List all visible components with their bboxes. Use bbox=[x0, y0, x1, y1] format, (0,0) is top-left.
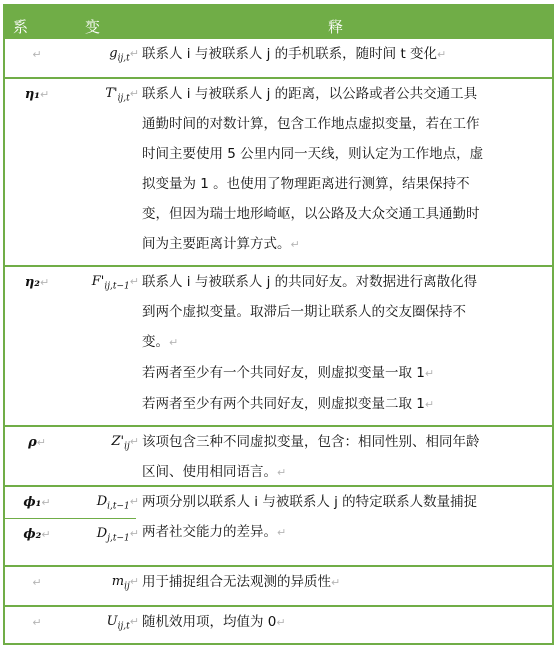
variable-cell: Dj,t−1↵ bbox=[69, 526, 139, 544]
return-mark-icon: ↵ bbox=[37, 436, 46, 449]
return-mark-icon: ↵ bbox=[277, 466, 286, 479]
sub-row-divider bbox=[5, 518, 136, 519]
variable-cell: Uij,t↵ bbox=[69, 614, 139, 632]
definition-line: 拟变量为 1 。也使用了物理距离进行测算，结果保持不 bbox=[142, 169, 547, 199]
definition-line: 通勤时间的对数计算，包含工作地点虚拟变量，若在工作 bbox=[142, 109, 547, 139]
definition-text: 若两者至少有两个共同好友，则虚拟变量二取 1 bbox=[142, 396, 425, 412]
variable-symbol: U bbox=[107, 614, 118, 629]
return-mark-icon: ↵ bbox=[276, 616, 285, 629]
variable-symbol: m bbox=[112, 574, 124, 589]
return-mark-icon: ↵ bbox=[277, 526, 286, 539]
return-mark-icon: ↵ bbox=[425, 367, 434, 380]
variable-symbol: F' bbox=[92, 274, 105, 289]
table-row: η₂↵ F'ij,t−1↵ 联系人 i 与被联系人 j 的共同好友。对数据进行离… bbox=[5, 265, 552, 425]
definition-line: 两者社交能力的差异。↵ bbox=[142, 517, 547, 548]
definition-line: 联系人 i 与被联系人 j 的手机联系，随时间 t 变化↵ bbox=[142, 39, 547, 70]
variable-cell: T'ij,t↵ bbox=[69, 86, 139, 104]
definition-cell: 联系人 i 与被联系人 j 的距离，以公路或者公共交通工具 通勤时间的对数计算，… bbox=[142, 79, 547, 260]
variable-cell: Z'ij↵ bbox=[69, 434, 139, 452]
table-row: ↵ Uij,t↵ 随机效用项，均值为 0↵ bbox=[5, 605, 552, 643]
table-row: ↵ mij↵ 用于捕捉组合无法观测的异质性↵ bbox=[5, 565, 552, 605]
return-mark-icon: ↵ bbox=[331, 576, 340, 589]
return-mark-icon: ↵ bbox=[130, 47, 139, 60]
definition-cell: 该项包含三种不同虚拟变量，包含：相同性别、相同年龄 区间、使用相同语言。↵ bbox=[142, 427, 547, 488]
variable-cell: gij,t↵ bbox=[69, 46, 139, 64]
variable-subscript: i,t−1 bbox=[107, 502, 130, 512]
definition-line: 时间主要使用 5 公里内同一天线，则认定为工作地点，虚 bbox=[142, 139, 547, 169]
coefficient-cell: ρ↵ bbox=[5, 435, 69, 450]
coefficient-cell: ↵ bbox=[5, 615, 69, 630]
definition-cell: 联系人 i 与被联系人 j 的共同好友。对数据进行离散化得 到两个虚拟变量。取滞… bbox=[142, 267, 547, 420]
coefficient: ρ bbox=[28, 435, 37, 450]
definition-text: 随机效用项，均值为 0 bbox=[142, 614, 276, 630]
definition-text: 两者社交能力的差异。 bbox=[142, 524, 277, 540]
definition-line: 联系人 i 与被联系人 j 的共同好友。对数据进行离散化得 bbox=[142, 267, 547, 297]
definition-cell: 用于捕捉组合无法观测的异质性↵ bbox=[142, 567, 547, 598]
definition-cell: 联系人 i 与被联系人 j 的手机联系，随时间 t 变化↵ bbox=[142, 39, 547, 70]
definition-line: 区间、使用相同语言。↵ bbox=[142, 457, 547, 488]
variable-definition-table: 系数↵ 变量↵ 释义↵ ↵ gij,t↵ 联系人 i 与被联系人 j 的手机联系… bbox=[3, 4, 554, 645]
return-mark-icon: ↵ bbox=[40, 276, 49, 289]
definition-text: 间为主要距离计算方式。 bbox=[142, 236, 291, 252]
definition-text: 用于捕捉组合无法观测的异质性 bbox=[142, 574, 331, 590]
definition-text: 变。 bbox=[142, 334, 169, 350]
coefficient-cell: ↵ bbox=[5, 575, 69, 590]
coefficient: ϕ₂ bbox=[23, 527, 41, 542]
variable-cell: F'ij,t−1↵ bbox=[69, 274, 139, 292]
variable-subscript: j,t−1 bbox=[107, 534, 130, 544]
return-mark-icon: ↵ bbox=[32, 616, 41, 629]
coefficient-cell: η₂↵ bbox=[5, 275, 69, 290]
variable-subscript: ij,t−1 bbox=[104, 282, 129, 292]
variable-symbol: D bbox=[97, 494, 107, 509]
definition-cell: 随机效用项，均值为 0↵ bbox=[142, 607, 547, 638]
definition-line: 用于捕捉组合无法观测的异质性↵ bbox=[142, 567, 547, 598]
variable-subscript: ij,t bbox=[118, 54, 130, 64]
return-mark-icon: ↵ bbox=[32, 576, 41, 589]
coefficient-cell: ↵ bbox=[5, 47, 69, 62]
definition-line: 若两者至少有一个共同好友，则虚拟变量一取 1↵ bbox=[142, 358, 547, 389]
return-mark-icon: ↵ bbox=[32, 48, 41, 61]
variable-subscript: ij,t bbox=[118, 622, 130, 632]
return-mark-icon: ↵ bbox=[169, 336, 178, 349]
return-mark-icon: ↵ bbox=[130, 495, 139, 508]
definition-text: 若两者至少有一个共同好友，则虚拟变量一取 1 bbox=[142, 365, 425, 381]
table-row: ρ↵ Z'ij↵ 该项包含三种不同虚拟变量，包含：相同性别、相同年龄 区间、使用… bbox=[5, 425, 552, 485]
definition-line: 变。↵ bbox=[142, 327, 547, 358]
coefficient: η₂ bbox=[25, 275, 40, 290]
return-mark-icon: ↵ bbox=[130, 575, 139, 588]
table-row: η₁↵ T'ij,t↵ 联系人 i 与被联系人 j 的距离，以公路或者公共交通工… bbox=[5, 77, 552, 265]
definition-line: 两项分别以联系人 i 与被联系人 j 的特定联系人数量捕捉 bbox=[142, 487, 547, 517]
return-mark-icon: ↵ bbox=[41, 528, 50, 541]
return-mark-icon: ↵ bbox=[329, 16, 338, 29]
definition-line: 随机效用项，均值为 0↵ bbox=[142, 607, 547, 638]
definition-line: 该项包含三种不同虚拟变量，包含：相同性别、相同年龄 bbox=[142, 427, 547, 457]
definition-line: 若两者至少有两个共同好友，则虚拟变量二取 1↵ bbox=[142, 389, 547, 420]
variable-subscript: ij,t bbox=[118, 94, 130, 104]
definition-text: 联系人 i 与被联系人 j 的手机联系，随时间 t 变化 bbox=[142, 46, 437, 62]
variable-symbol: g bbox=[109, 46, 117, 61]
return-mark-icon: ↵ bbox=[86, 16, 95, 29]
return-mark-icon: ↵ bbox=[40, 88, 49, 101]
return-mark-icon: ↵ bbox=[14, 16, 23, 29]
variable-cell: mij↵ bbox=[69, 574, 139, 592]
return-mark-icon: ↵ bbox=[425, 398, 434, 411]
definition-line: 到两个虚拟变量。取滞后一期让联系人的交友圈保持不 bbox=[142, 297, 547, 327]
return-mark-icon: ↵ bbox=[130, 527, 139, 540]
variable-symbol: Z' bbox=[112, 434, 125, 449]
definition-cell: 两项分别以联系人 i 与被联系人 j 的特定联系人数量捕捉 两者社交能力的差异。… bbox=[142, 487, 547, 548]
return-mark-icon: ↵ bbox=[437, 48, 446, 61]
variable-symbol: D bbox=[97, 526, 107, 541]
return-mark-icon: ↵ bbox=[291, 238, 300, 251]
variable-symbol: T' bbox=[105, 86, 117, 101]
definition-line: 间为主要距离计算方式。↵ bbox=[142, 229, 547, 260]
variable-cell: Di,t−1↵ bbox=[69, 494, 139, 512]
return-mark-icon: ↵ bbox=[130, 275, 139, 288]
table-row: ϕ₁↵ Di,t−1↵ ϕ₂↵ Dj,t−1↵ 两项分别以联系人 i 与被联系人… bbox=[5, 485, 552, 565]
coefficient-cell: ϕ₁↵ bbox=[5, 495, 69, 510]
return-mark-icon: ↵ bbox=[130, 615, 139, 628]
return-mark-icon: ↵ bbox=[41, 496, 50, 509]
definition-line: 变，但因为瑞士地形崎岖，以公路及大众交通工具通勤时 bbox=[142, 199, 547, 229]
definition-line: 联系人 i 与被联系人 j 的距离，以公路或者公共交通工具 bbox=[142, 79, 547, 109]
return-mark-icon: ↵ bbox=[130, 87, 139, 100]
coefficient-cell: η₁↵ bbox=[5, 87, 69, 102]
definition-text: 区间、使用相同语言。 bbox=[142, 464, 277, 480]
return-mark-icon: ↵ bbox=[130, 435, 139, 448]
coefficient: η₁ bbox=[25, 87, 40, 102]
coefficient-cell: ϕ₂↵ bbox=[5, 527, 69, 542]
coefficient: ϕ₁ bbox=[23, 495, 41, 510]
table-row: ↵ gij,t↵ 联系人 i 与被联系人 j 的手机联系，随时间 t 变化↵ bbox=[5, 37, 552, 77]
table-header: 系数↵ 变量↵ 释义↵ bbox=[5, 4, 552, 37]
